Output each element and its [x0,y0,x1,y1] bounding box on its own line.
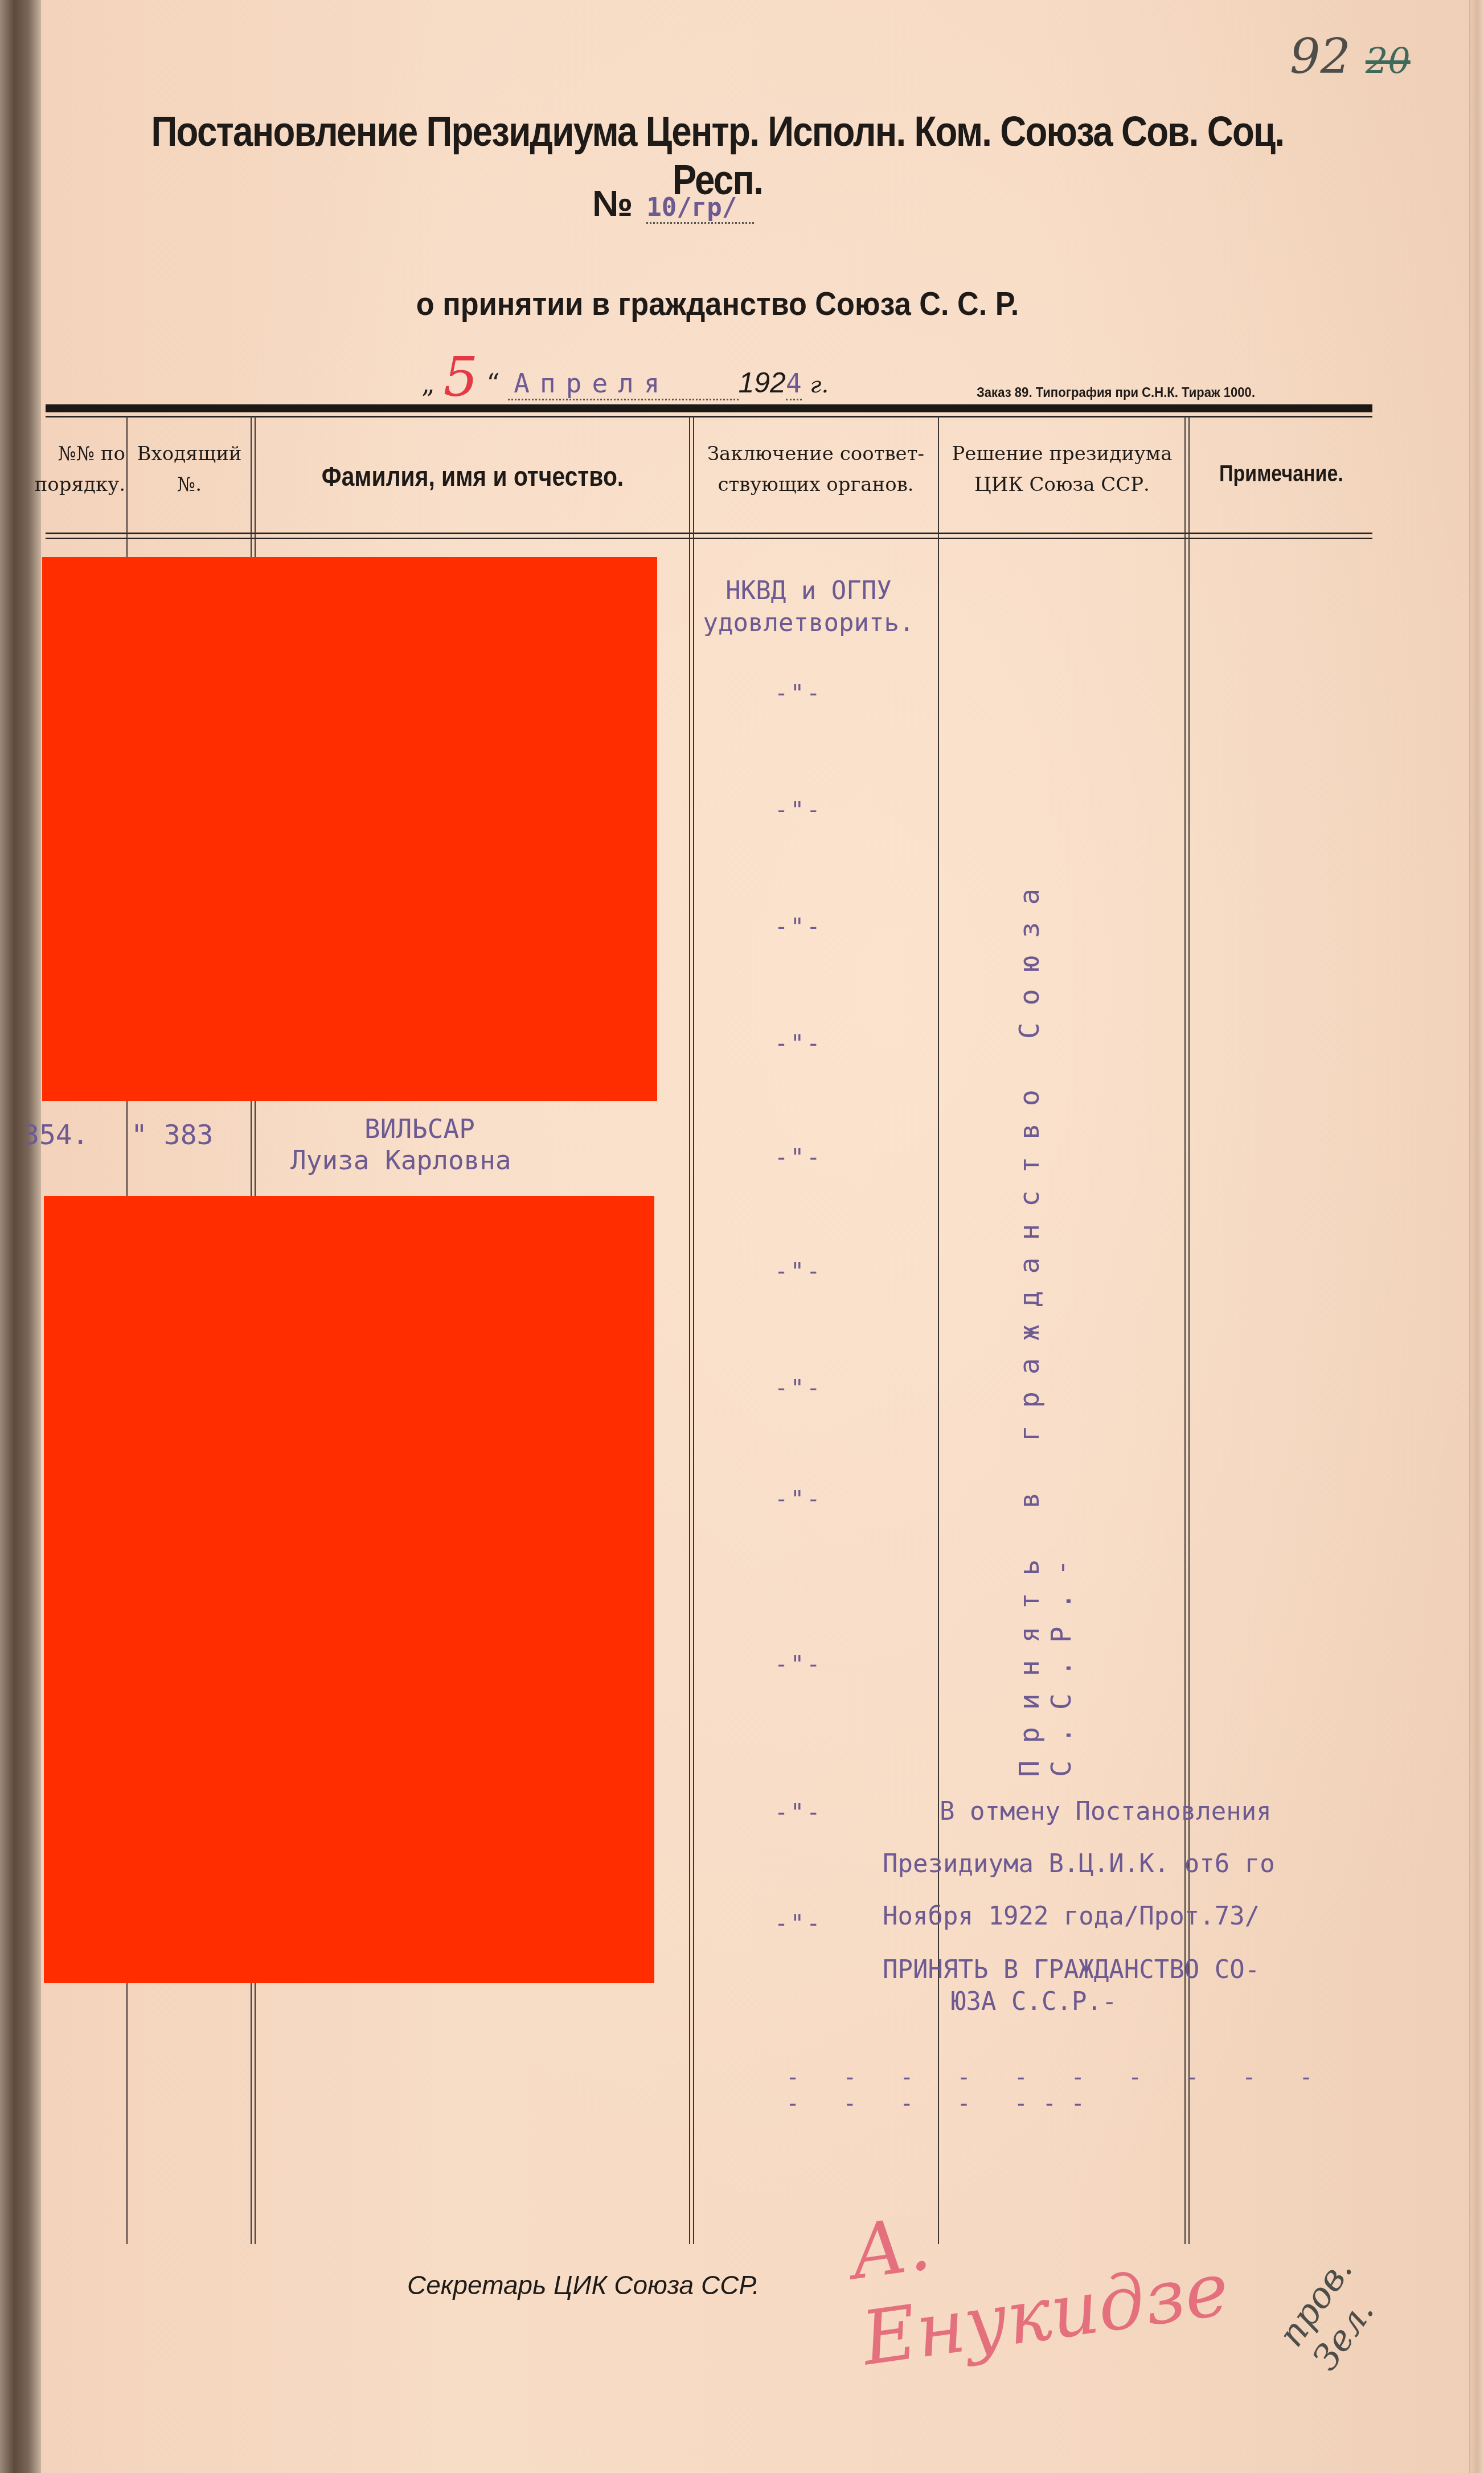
folio-current: 92 [1290,28,1351,84]
document-date: „ 5 “ Апреля1924 г. [421,342,829,406]
folio-number: 9220 [1290,28,1411,84]
table-top-rule-thin [46,416,1372,417]
col-header-incoming: Входящий №. [128,439,251,501]
row-surname: ВИЛЬСАР [364,1113,475,1144]
ditto-mark: -"- [774,1911,822,1937]
page-edge [1469,0,1484,2473]
note-line: ПРИНЯТЬ В ГРАЖДАНСТВО СО- [877,1954,1389,1986]
col-header-incoming-line2: №. [128,469,251,500]
redaction-block [42,557,657,1101]
conclusion-first: НКВД и ОГПУ удовлетворить. [678,575,940,639]
row-incoming-number: " 383 [131,1119,214,1151]
ditto-mark: -"- [774,1259,822,1285]
header-bottom-rule-2 [46,538,1372,539]
col-header-conclusion-line2: ствующих органов. [695,469,937,500]
col-header-decision-line1: Решение президиума [940,439,1184,469]
row-given-names: Луиза Карловна [290,1145,511,1176]
ditto-mark: -"- [774,1375,822,1402]
row-seq-number: 354. [23,1119,89,1151]
note-block: В отмену Постановления Президиума В.Ц.И.… [877,1786,1389,2018]
ditto-mark: -"- [774,797,822,824]
resolution-number: №10/гр/ [592,182,754,224]
note-line: ЮЗА С.С.Р.- [877,1986,1389,2018]
redaction-block [44,1196,654,1983]
ditto-mark: -"- [774,681,822,707]
date-day: 5 [443,345,478,409]
ditto-mark: -"- [774,914,822,940]
col-header-notes: Примечание. [1204,456,1359,492]
conclusion-line1: НКВД и ОГПУ [678,575,940,607]
conclusion-line2: удовлетворить. [678,607,940,639]
folio-crossed-out: 20 [1366,40,1411,81]
col-header-seq: №№ по порядку. [34,439,125,501]
col-header-seq-line2: порядку. [34,469,125,500]
note-line: Ноября 1922 года/Прот.73/ [877,1890,1389,1943]
closing-dashes: - - - - - - - - - - - - - - --- [786,2065,1333,2117]
date-year-abbr: г. [810,372,829,398]
number-value: 10/гр/ [646,193,754,224]
decision-vertical-text: Принять в гражданство Союза С.С.Р.- [1014,609,1071,1777]
col-header-seq-line1: №№ по [34,439,125,469]
note-line: В отмену Постановления [877,1786,1389,1838]
date-open-quote: „ [421,368,435,399]
note-line: Президиума В.Ц.И.К. от6 го [877,1838,1389,1890]
date-close-quote: “ [486,368,500,399]
col-header-incoming-line1: Входящий [128,439,251,469]
col-header-decision-line2: ЦИК Союза ССР. [940,469,1184,500]
table-top-rule [46,404,1372,412]
ditto-mark: -"- [774,1652,822,1678]
print-imprint: Заказ 89. Типография при С.Н.К. Тираж 10… [977,385,1255,401]
secretary-label: Секретарь ЦИК Союза ССР. [407,2270,760,2300]
col-header-conclusion-line1: Заключение соответ- [695,439,937,469]
header-bottom-rule [46,533,1372,534]
col-header-decision: Решение президиума ЦИК Союза ССР. [940,439,1184,501]
book-binding [0,0,41,2473]
col-header-name: Фамилия, имя и отчество. [289,456,657,499]
number-label: № [592,183,633,224]
ditto-mark: -"- [774,1800,822,1826]
ditto-mark: -"- [774,1031,822,1057]
date-year-suffix: 4 [786,368,802,400]
column-divider [689,416,690,2244]
date-month: Апреля [508,368,738,400]
column-divider [693,416,694,2244]
document-subject: о принятии в гражданство Союза С. С. Р. [113,285,1322,323]
date-year-prefix: 192 [739,367,786,399]
ditto-mark: -"- [774,1487,822,1513]
ditto-mark: -"- [774,1145,822,1171]
col-header-conclusion: Заключение соответ- ствующих органов. [695,439,937,501]
